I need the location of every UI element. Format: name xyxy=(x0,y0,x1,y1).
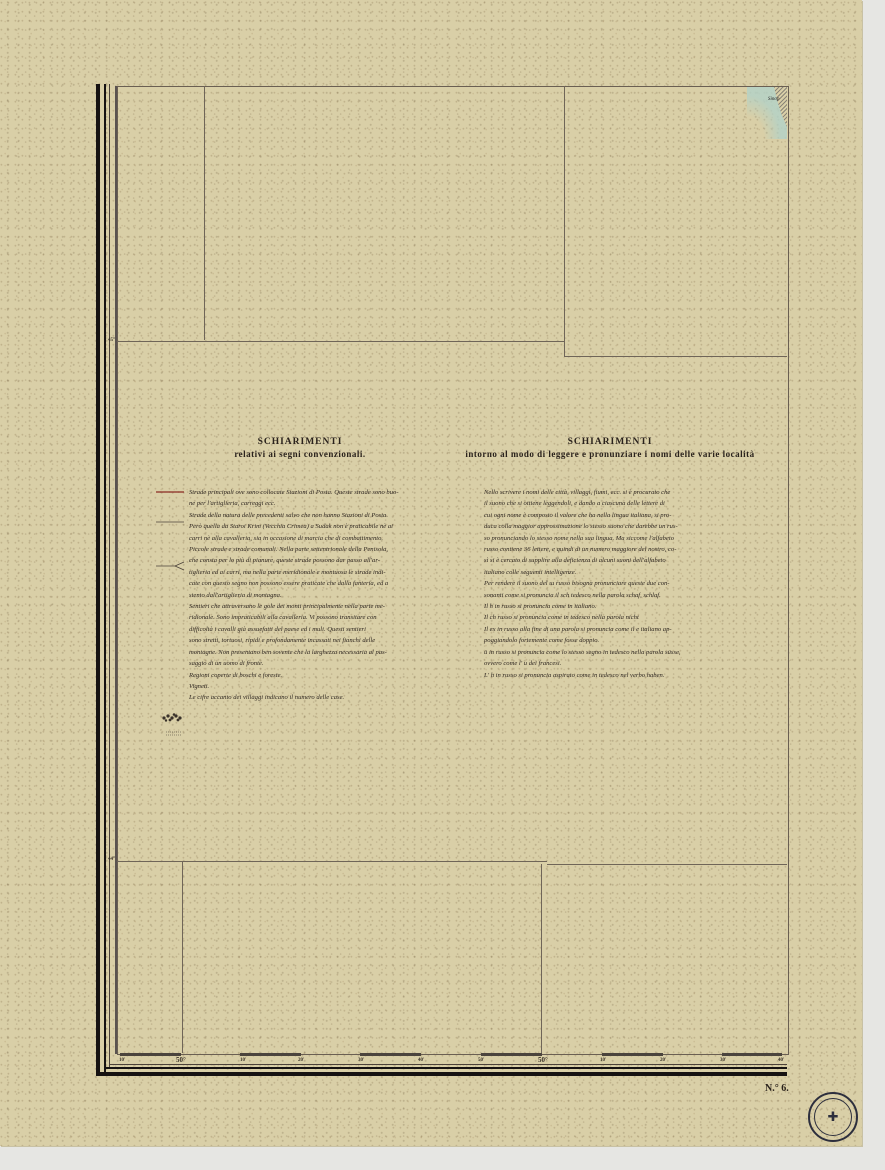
legend-conventions-title: SCHIARIMENTI xyxy=(200,437,400,447)
legend-conventions-subtitle: relativi ai segni convenzionali. xyxy=(200,449,400,459)
scale-label: 10' xyxy=(600,1058,606,1063)
frame-bottom-inner xyxy=(110,1064,787,1065)
meridian-line xyxy=(182,861,183,1053)
meridian-line xyxy=(204,86,205,340)
legend-item: Sentieri che attraversano le gole dei mo… xyxy=(189,601,444,669)
scale-segment xyxy=(722,1053,782,1056)
map-sheet: Sinop 45° 44° 10' 50° 10' 20' 30' 40' 50… xyxy=(0,0,862,1146)
parallel-line-45 xyxy=(117,341,564,342)
savoy-cross-icon: ✚ xyxy=(828,1114,839,1120)
legend-item: Vigneti. xyxy=(189,681,444,692)
thin-road-line-icon xyxy=(155,519,185,525)
scale-label: 30' xyxy=(720,1058,726,1063)
scale-label: 50° xyxy=(176,1056,186,1064)
scale-label: 40' xyxy=(418,1058,424,1063)
pronunciation-paragraph: Nello scrivere i nomi delle città, villa… xyxy=(484,487,754,578)
latitude-label: 44° xyxy=(108,857,115,862)
scale-label: 10' xyxy=(240,1058,246,1063)
legend-conventions-text: Strade principali ove sono collocate Sta… xyxy=(189,487,444,704)
legend-pronunciation-heading: SCHIARIMENTI intorno al modo di leggere … xyxy=(460,437,760,459)
meridian-line xyxy=(541,864,542,1053)
pronunciation-paragraph: Il h in russo si pronuncia come in itali… xyxy=(484,601,754,612)
frame-left-inner xyxy=(109,84,110,1068)
scale-label: 40' xyxy=(778,1058,784,1063)
frame-bottom-outer xyxy=(96,1072,787,1076)
scale-segment xyxy=(481,1053,542,1056)
legend-item: Strade della natura delle precedenti sal… xyxy=(189,510,444,544)
forest-icon xyxy=(160,712,186,722)
corner-town-label: Sinop xyxy=(768,97,779,102)
scale-label: 20' xyxy=(298,1058,304,1063)
legend-item: Regioni coperte di boschi e foreste. xyxy=(189,670,444,681)
pronunciation-paragraph: Per rendere il suono del ш russo bisogna… xyxy=(484,578,754,601)
parallel-line-44-right xyxy=(547,864,787,865)
meridian-line xyxy=(564,86,565,356)
red-road-line-icon xyxy=(155,489,185,495)
scale-label: 20' xyxy=(660,1058,666,1063)
frame-left-mid xyxy=(104,84,106,1072)
scale-label: 10' xyxy=(119,1058,125,1063)
legend-pronunciation-subtitle: intorno al modo di leggere e pronunziare… xyxy=(460,449,760,459)
legend-item: Piccole strade e strade comunali. Nella … xyxy=(189,544,444,601)
scale-label: 50° xyxy=(538,1056,548,1064)
scale-segment xyxy=(120,1053,181,1056)
legend-item: Le cifre accanto dei villaggi indicano i… xyxy=(189,692,444,703)
stamp-emblem: ✚ xyxy=(814,1098,852,1136)
scale-label: 50' xyxy=(478,1058,484,1063)
legend-item: Strade principali ove sono collocate Sta… xyxy=(189,487,444,510)
latitude-label: 45° xyxy=(108,338,115,343)
vineyard-icon xyxy=(165,730,183,738)
frame-bottom-mid xyxy=(106,1067,787,1069)
forked-path-line-icon xyxy=(155,561,185,571)
scale-label: 30' xyxy=(358,1058,364,1063)
parallel-line-45-right xyxy=(564,356,787,357)
scale-segment xyxy=(360,1053,421,1056)
pronunciation-paragraph: L' h in russo si pronuncia aspirato come… xyxy=(484,670,754,681)
frame-left-outer xyxy=(96,84,100,1076)
pronunciation-paragraph: Il ex in russo alla fine di una parola s… xyxy=(484,624,754,647)
archive-stamp: ✚ xyxy=(808,1092,858,1142)
pronunciation-paragraph: Il ch russo si pronuncia come in tedesco… xyxy=(484,612,754,623)
legend-pronunciation-title: SCHIARIMENTI xyxy=(460,437,760,447)
scale-segment xyxy=(602,1053,663,1056)
legend-pronunciation-text: Nello scrivere i nomi delle città, villa… xyxy=(484,487,754,681)
scale-segment xyxy=(240,1053,301,1056)
pronunciation-paragraph: ü in russo si pronuncia come lo stesso s… xyxy=(484,647,754,670)
legend-conventions-heading: SCHIARIMENTI relativi ai segni convenzio… xyxy=(200,437,400,459)
plate-number: N.° 6. xyxy=(765,1083,789,1094)
